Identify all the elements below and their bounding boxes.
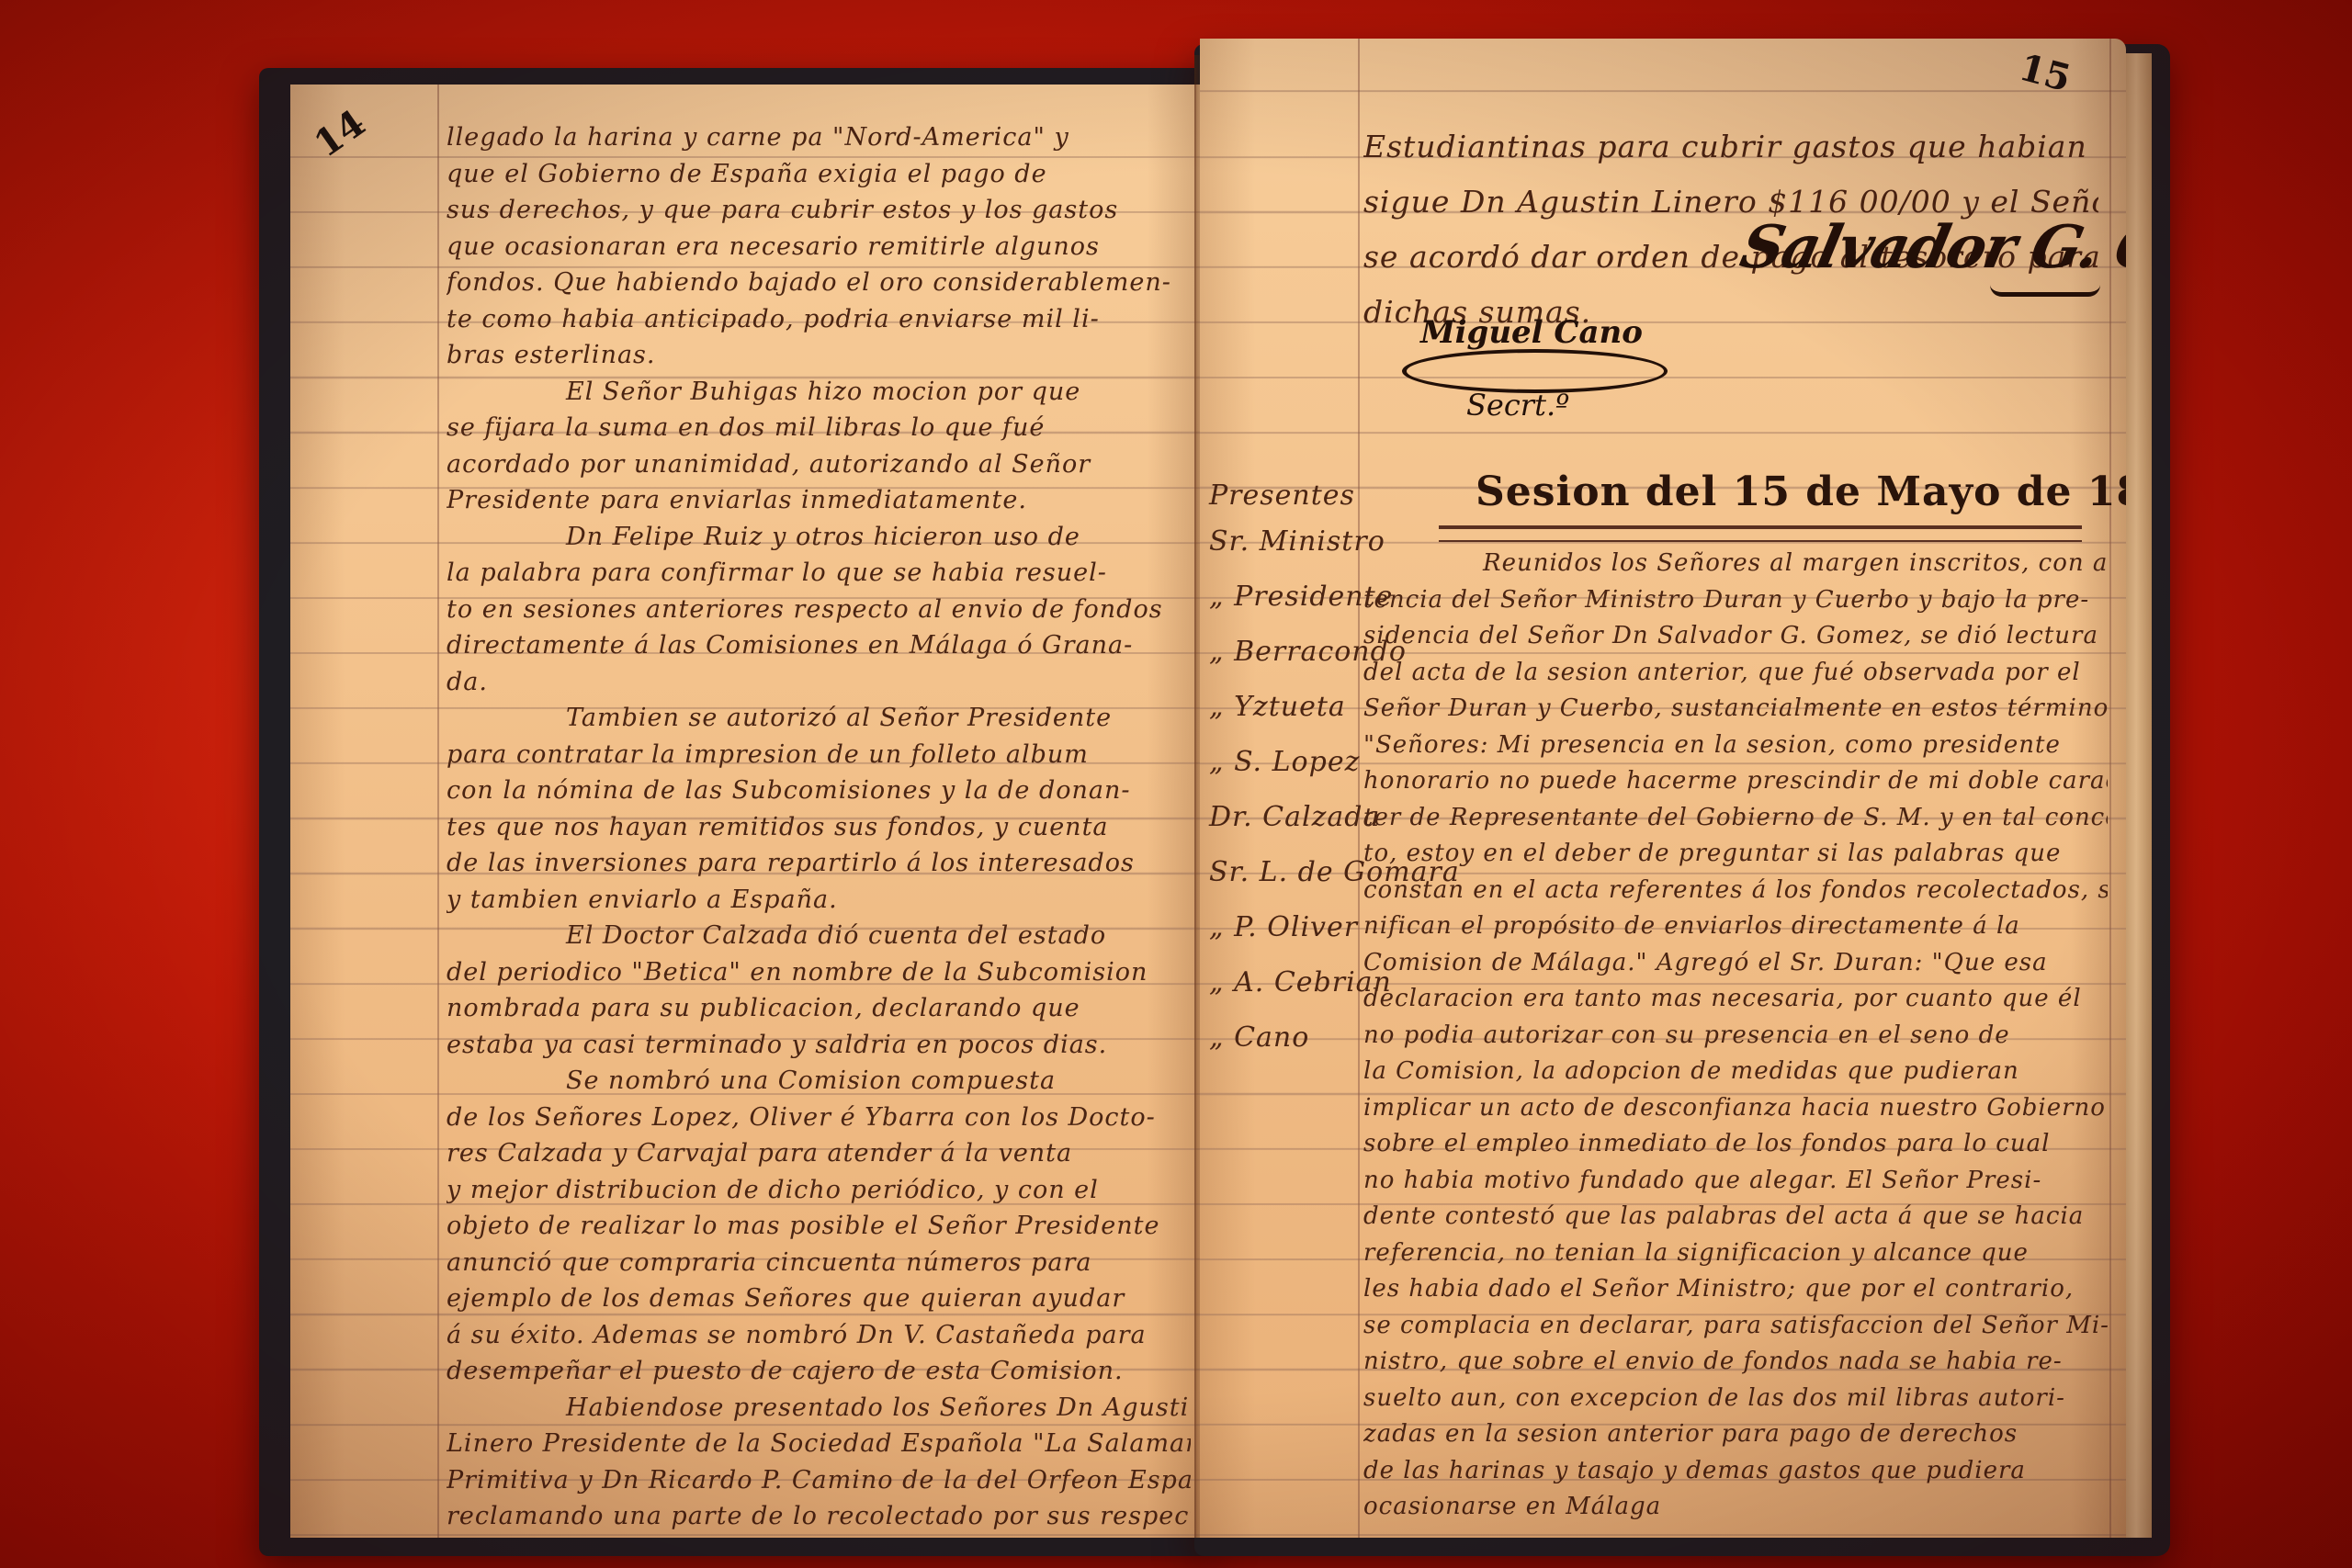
handwritten-line: de las inversiones para repartirlo á los…	[447, 845, 1191, 882]
handwritten-line: sobre el empleo inmediato de los fondos …	[1363, 1126, 2108, 1163]
handwritten-line: Se nombró una Comision compuesta	[447, 1063, 1191, 1100]
handwritten-line: desempeñar el puesto de cajero de esta C…	[447, 1353, 1191, 1390]
handwritten-line: tes que nos hayan remitidos sus fondos, …	[447, 809, 1191, 846]
page-stack-edge	[2126, 53, 2152, 1538]
handwritten-line: constan en el acta referentes á los fond…	[1363, 873, 2108, 909]
handwritten-line: Dn Felipe Ruiz y otros hicieron uso de	[447, 519, 1191, 556]
handwritten-line: no habia motivo fundado que alegar. El S…	[1363, 1163, 2108, 1200]
attendee-name: „ Presidente	[1209, 570, 1361, 625]
handwritten-line: que ocasionaran era necesario remitirle …	[447, 229, 1191, 265]
handwritten-line: Linero Presidente de la Sociedad Español…	[447, 1426, 1191, 1462]
handwritten-line: tencia del Señor Ministro Duran y Cuerbo…	[1363, 582, 2108, 619]
handwritten-line: declaracion era tanto mas necesaria, por…	[1363, 981, 2108, 1018]
attendee-name: Dr. Calzada	[1209, 790, 1361, 845]
handwritten-line: implicar un acto de desconfianza hacia n…	[1363, 1090, 2108, 1127]
left-page: 14 llegado la harina y carne pa "Nord-Am…	[290, 85, 1202, 1538]
handwritten-line: que el Gobierno de España exigia el pago…	[447, 156, 1191, 193]
handwritten-line: no podia autorizar con su presencia en e…	[1363, 1018, 2108, 1055]
handwritten-line: la palabra para confirmar lo que se habi…	[447, 555, 1191, 592]
handwritten-line: se complacia en declarar, para satisfacc…	[1363, 1308, 2108, 1345]
signature-president: Salvador G. Gomez	[1735, 213, 2126, 282]
handwritten-line: Presidente para enviarlas inmediatamente…	[447, 482, 1191, 519]
handwritten-line: anunció que compraria cincuenta números …	[447, 1245, 1191, 1281]
attendee-name: „ Yztueta	[1209, 680, 1361, 735]
handwritten-line: y tambien enviarlo a España.	[447, 882, 1191, 919]
handwritten-line: bras esterlinas.	[447, 337, 1191, 374]
secretary-title: Secrt.º	[1466, 388, 1569, 423]
handwritten-line: Reunidos los Señores al margen inscritos…	[1363, 546, 2108, 582]
handwritten-line: to, estoy en el deber de preguntar si la…	[1363, 836, 2108, 873]
handwritten-line: nifican el propósito de enviarlos direct…	[1363, 908, 2108, 945]
attendee-name: „ Berracondo	[1209, 625, 1361, 680]
handwritten-line: "Señores: Mi presencia en la sesion, com…	[1363, 728, 2108, 764]
signature-flourish	[1402, 349, 1668, 393]
handwritten-line: te como habia anticipado, podria enviars…	[447, 301, 1191, 338]
handwritten-line: á su éxito. Ademas se nombró Dn V. Casta…	[447, 1317, 1191, 1354]
handwritten-line: reclamando una parte de lo recolectado p…	[447, 1498, 1191, 1535]
handwritten-line: para contratar la impresion de un follet…	[447, 737, 1191, 773]
handwritten-line: nombrada para su publicacion, declarando…	[447, 990, 1191, 1027]
attendees-margin-list: PresentesSr. Ministro„ Presidente„ Berra…	[1209, 478, 1361, 1066]
handwritten-line: El Doctor Calzada dió cuenta del estado	[447, 918, 1191, 954]
handwritten-line: acordado por unanimidad, autorizando al …	[447, 446, 1191, 483]
margin-line	[437, 85, 439, 1538]
attendee-name: Sr. Ministro	[1209, 514, 1361, 570]
handwritten-line: del periodico "Betica" en nombre de la S…	[447, 954, 1191, 991]
handwritten-line: de los Señores Lopez, Oliver é Ybarra co…	[447, 1100, 1191, 1136]
handwritten-line: res Calzada y Carvajal para atender á la…	[447, 1135, 1191, 1172]
handwritten-line: dente contestó que las palabras del acta…	[1363, 1199, 2108, 1235]
handwritten-line: ter de Representante del Gobierno de S. …	[1363, 800, 2108, 837]
session-heading: Sesion del 15 de Mayo de 1885.	[1476, 468, 2126, 515]
attendees-heading: Presentes	[1209, 478, 1361, 514]
handwritten-line: sus derechos, y que para cubrir estos y …	[447, 192, 1191, 229]
handwritten-line: objeto de realizar lo mas posible el Señ…	[447, 1208, 1191, 1245]
handwritten-line: directamente á las Comisiones en Málaga …	[447, 627, 1191, 664]
handwritten-line: se fijara la suma en dos mil libras lo q…	[447, 410, 1191, 446]
handwritten-line: Tambien se autorizó al Señor Presidente	[447, 700, 1191, 737]
handwritten-line: ejemplo de los demas Señores que quieran…	[447, 1280, 1191, 1317]
signature-secretary: Miguel Cano	[1420, 314, 1643, 351]
attendee-name: „ P. Oliver	[1209, 900, 1361, 955]
handwritten-line: les habia dado el Señor Ministro; que po…	[1363, 1271, 2108, 1308]
handwritten-line: y mejor distribucion de dicho periódico,…	[447, 1172, 1191, 1209]
left-page-text: llegado la harina y carne pa "Nord-Ameri…	[447, 119, 1191, 1535]
right-page: 15 Estudiantinas para cubrir gastos que …	[1200, 39, 2126, 1538]
session-minutes-text: Reunidos los Señores al margen inscritos…	[1363, 546, 2108, 1526]
handwritten-line: referencia, no tenian la significacion y…	[1363, 1235, 2108, 1272]
signature-flourish	[1990, 285, 2100, 297]
handwritten-line: honorario no puede hacerme prescindir de…	[1363, 763, 2108, 800]
attendee-name: „ Cano	[1209, 1010, 1361, 1066]
handwritten-line: fondos. Que habiendo bajado el oro consi…	[447, 265, 1191, 301]
attendee-name: „ A. Cebrian	[1209, 955, 1361, 1010]
handwritten-line: de las harinas y tasajo y demas gastos q…	[1363, 1453, 2108, 1490]
handwritten-line: Señor Duran y Cuerbo, sustancialmente en…	[1363, 691, 2108, 728]
heading-underline	[1439, 525, 2082, 542]
handwritten-line: Primitiva y Dn Ricardo P. Camino de la d…	[447, 1462, 1191, 1499]
handwritten-line: da.	[447, 664, 1191, 701]
handwritten-line: Habiendose presentado los Señores Dn Agu…	[447, 1390, 1191, 1427]
handwritten-line: llegado la harina y carne pa "Nord-Ameri…	[447, 119, 1191, 156]
handwritten-line: del acta de la sesion anterior, que fué …	[1363, 655, 2108, 692]
handwritten-line: zadas en la sesion anterior para pago de…	[1363, 1416, 2108, 1453]
handwritten-line: ocasionarse en Málaga	[1363, 1489, 2108, 1526]
handwritten-line: estaba ya casi terminado y saldria en po…	[447, 1027, 1191, 1064]
handwritten-line: El Señor Buhigas hizo mocion por que	[447, 374, 1191, 411]
handwritten-line: suelto aun, con excepcion de las dos mil…	[1363, 1381, 2108, 1417]
handwritten-line: to en sesiones anteriores respecto al en…	[447, 592, 1191, 628]
handwritten-line: Comision de Málaga." Agregó el Sr. Duran…	[1363, 945, 2108, 982]
handwritten-line: con la nómina de las Subcomisiones y la …	[447, 773, 1191, 809]
attendee-name: „ S. Lopez	[1209, 735, 1361, 790]
attendee-name: Sr. L. de Gomara	[1209, 845, 1361, 900]
handwritten-line: nistro, que sobre el envio de fondos nad…	[1363, 1344, 2108, 1381]
handwritten-line: sidencia del Señor Dn Salvador G. Gomez,…	[1363, 618, 2108, 655]
handwritten-line: la Comision, la adopcion de medidas que …	[1363, 1054, 2108, 1090]
handwritten-line: Estudiantinas para cubrir gastos que hab…	[1363, 119, 2098, 175]
